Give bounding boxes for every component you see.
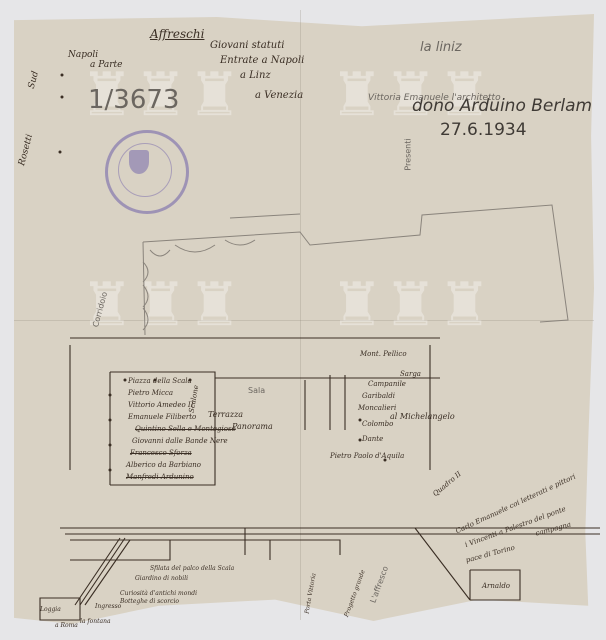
pencil-note: Sala <box>248 386 265 395</box>
list-item: Moncalieri <box>358 404 396 412</box>
catalog-number: 1/3673 <box>88 85 179 115</box>
archive-stamp <box>105 130 189 214</box>
ink-note: Curiosità d'antichi mondi <box>120 590 197 597</box>
shield-icon <box>129 150 149 174</box>
ink-note: Entrate a Napoli <box>220 55 304 66</box>
pencil-scribble: la liniz <box>420 40 462 55</box>
list-item: Colombo <box>362 420 393 428</box>
ink-note: Terrazza <box>208 410 243 419</box>
list-item: Emanuele Filiberto <box>128 413 196 421</box>
list-item: Piazza della Scala <box>128 377 192 385</box>
ink-note: a Linz <box>240 70 271 81</box>
ink-note: Napoli <box>68 50 98 60</box>
list-item: Dante <box>362 435 383 443</box>
pencil-note: Presenti <box>404 138 413 170</box>
ink-note: a Parte <box>90 60 123 70</box>
list-item: Giovanni dalle Bande Nere <box>132 437 228 445</box>
list-item: Manfredi Ardunino <box>126 473 194 481</box>
ink-note: Panorama <box>232 422 273 431</box>
pencil-note: Vittoria Emanuele l'architetto <box>368 93 501 103</box>
ink-note: Arnaldo <box>482 582 510 590</box>
list-item: Pietro Micca <box>128 389 173 397</box>
ink-note: a Roma <box>55 622 78 629</box>
list-item: Vittorio Amedeo II <box>128 401 193 409</box>
ink-note: Giardino di nobili <box>135 575 188 582</box>
ink-note: Sfilata del palco della Scala <box>150 565 234 572</box>
list-item: Alberico da Barbiano <box>126 461 201 469</box>
list-item: Quintino Sella e Montegioso <box>135 425 236 433</box>
ink-note: Botteghe di scorcio <box>120 598 179 605</box>
donation-date: 27.6.1934 <box>440 120 527 140</box>
ink-note: Ingresso <box>95 603 121 610</box>
ink-heading: Affreschi <box>150 27 204 41</box>
list-item: Mont. Pellico <box>360 350 407 358</box>
list-item: Garibaldi <box>362 392 395 400</box>
ink-note: Loggia <box>40 606 61 613</box>
list-item: Campanile <box>368 380 406 388</box>
ink-note: al Michelangelo <box>390 412 455 421</box>
list-item: Francesco Sforza <box>130 449 192 457</box>
list-item: Pietro Paolo d'Aquila <box>330 452 404 460</box>
ink-note: a Venezia <box>255 90 303 101</box>
list-item: Sarga <box>400 370 421 378</box>
ink-note: Giovani statuti <box>210 40 284 51</box>
ink-note: la fontana <box>80 618 111 625</box>
